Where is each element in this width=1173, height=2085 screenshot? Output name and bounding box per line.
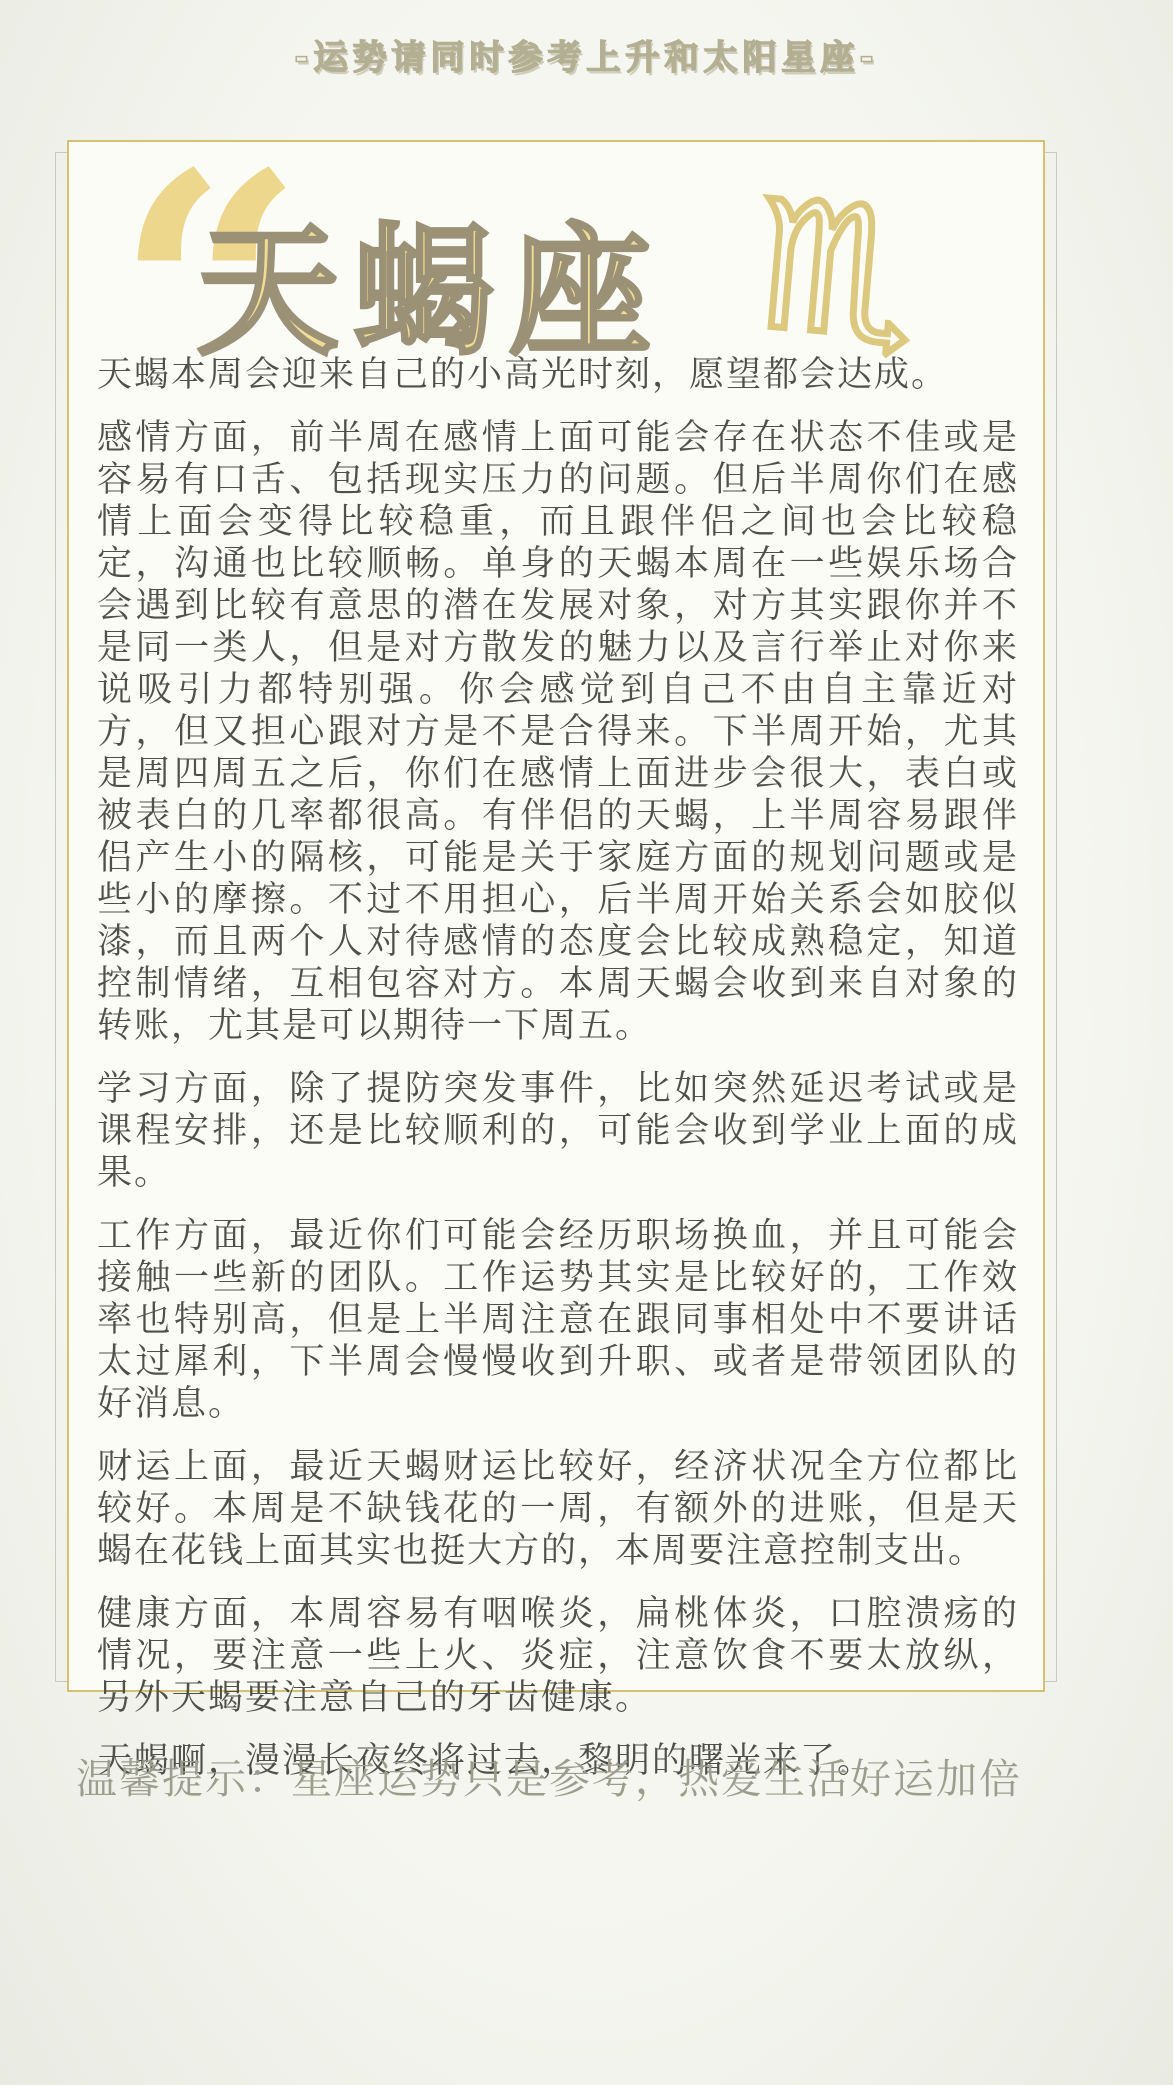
horoscope-paragraph: 财运上面，最近天蝎财运比较好，经济状况全方位都比较好。本周是不缺钱花的一周，有额…	[97, 1446, 1019, 1572]
horoscope-paragraph: 健康方面，本周容易有咽喉炎，扁桃体炎，口腔溃疡的情况，要注意一些上火、炎症，注意…	[97, 1593, 1019, 1719]
horoscope-paragraph: 天蝎本周会迎来自己的小高光时刻，愿望都会达成。	[97, 354, 1019, 396]
scorpio-symbol-icon: ♏	[750, 175, 924, 366]
footer-tip: 温馨提示：星座运势只是参考，热爱生活好运加倍	[76, 1746, 1022, 1805]
horoscope-text: 天蝎本周会迎来自己的小高光时刻，愿望都会达成。感情方面，前半周在感情上面可能会存…	[97, 354, 1019, 1782]
horoscope-page: -运势请同时参考上升和太阳星座- “ 天蝎座 ♏ 天蝎本周会迎来自己的小高光时刻…	[0, 0, 1173, 2085]
horoscope-paragraph: 工作方面，最近你们可能会经历职场换血，并且可能会接触一些新的团队。工作运势其实是…	[97, 1215, 1019, 1425]
horoscope-card: “ 天蝎座 ♏ 天蝎本周会迎来自己的小高光时刻，愿望都会达成。感情方面，前半周在…	[67, 140, 1045, 1692]
page-header: -运势请同时参考上升和太阳星座-	[0, 30, 1173, 79]
zodiac-title: 天蝎座	[197, 178, 665, 382]
horoscope-paragraph: 学习方面，除了提防突发事件，比如突然延迟考试或是课程安排，还是比较顺利的，可能会…	[97, 1068, 1019, 1194]
horoscope-paragraph: 感情方面，前半周在感情上面可能会存在状态不佳或是容易有口舌、包括现实压力的问题。…	[97, 417, 1019, 1047]
